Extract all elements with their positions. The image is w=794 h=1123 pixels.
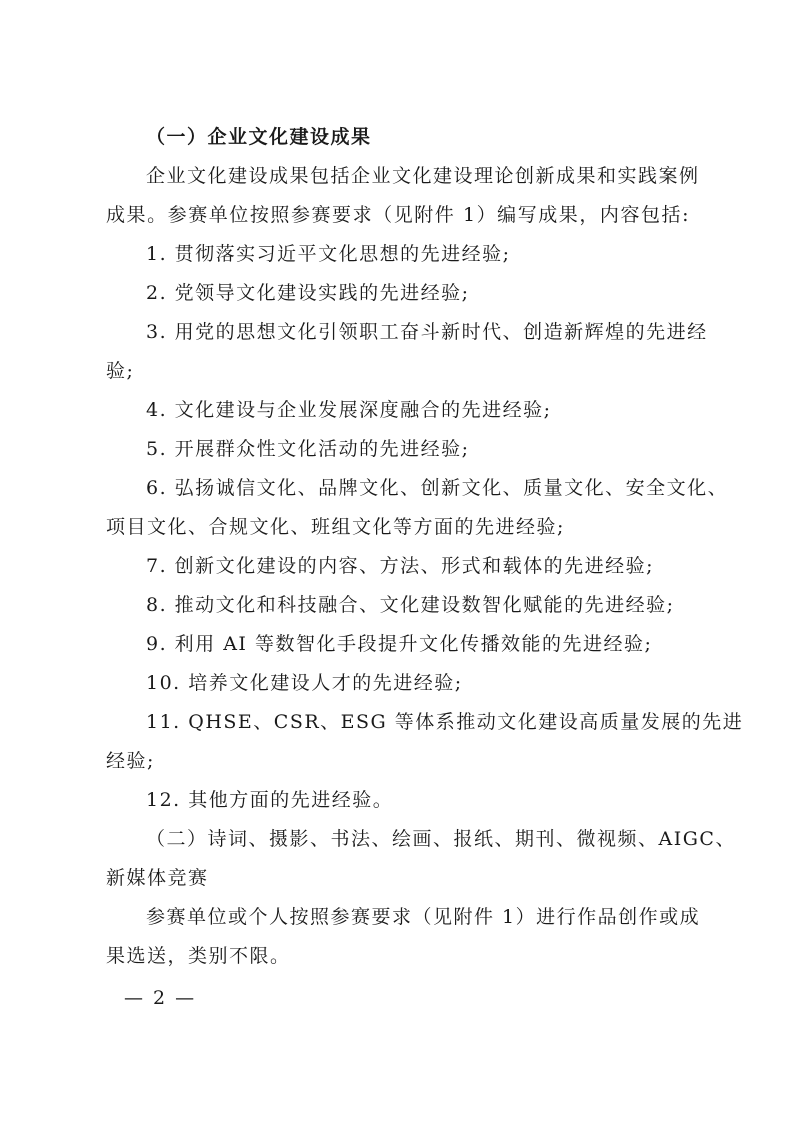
section1-heading: （一）企业文化建设成果	[146, 125, 736, 149]
page-number: — 2 —	[124, 986, 196, 1010]
list-item-8: 8. 推动文化和科技融合、文化建设数智化赋能的先进经验;	[146, 593, 736, 617]
section2-heading-line1: （二）诗词、摄影、书法、绘画、报纸、期刊、微视频、AIGC、	[146, 827, 690, 851]
section1-intro-line1: 企业文化建设成果包括企业文化建设理论创新成果和实践案例	[146, 164, 690, 188]
list-item-9: 9. 利用 AI 等数智化手段提升文化传播效能的先进经验;	[146, 632, 736, 656]
section2-body-line2: 果选送，类别不限。	[106, 944, 696, 968]
list-item-5: 5. 开展群众性文化活动的先进经验;	[146, 437, 736, 461]
list-item-6: 6. 弘扬诚信文化、品牌文化、创新文化、质量文化、安全文化、	[146, 476, 690, 500]
section2-heading-line2: 新媒体竞赛	[106, 866, 696, 890]
list-item-12: 12. 其他方面的先进经验。	[146, 788, 736, 812]
list-item-10: 10. 培养文化建设人才的先进经验;	[146, 671, 736, 695]
section2-body-line1: 参赛单位或个人按照参赛要求（见附件 1）进行作品创作或成	[146, 905, 690, 929]
list-item-1: 1. 贯彻落实习近平文化思想的先进经验;	[146, 242, 736, 266]
list-item-3-cont: 验;	[106, 359, 696, 383]
list-item-6-cont: 项目文化、合规文化、班组文化等方面的先进经验;	[106, 515, 696, 539]
list-item-4: 4. 文化建设与企业发展深度融合的先进经验;	[146, 398, 736, 422]
list-item-2: 2. 党领导文化建设实践的先进经验;	[146, 281, 736, 305]
list-item-7: 7. 创新文化建设的内容、方法、形式和载体的先进经验;	[146, 554, 736, 578]
list-item-11: 11. QHSE、CSR、ESG 等体系推动文化建设高质量发展的先进	[146, 710, 690, 734]
list-item-3: 3. 用党的思想文化引领职工奋斗新时代、创造新辉煌的先进经	[146, 320, 690, 344]
section1-intro-line2: 成果。参赛单位按照参赛要求（见附件 1）编写成果，内容包括:	[106, 203, 690, 227]
list-item-11-cont: 经验;	[106, 749, 696, 773]
